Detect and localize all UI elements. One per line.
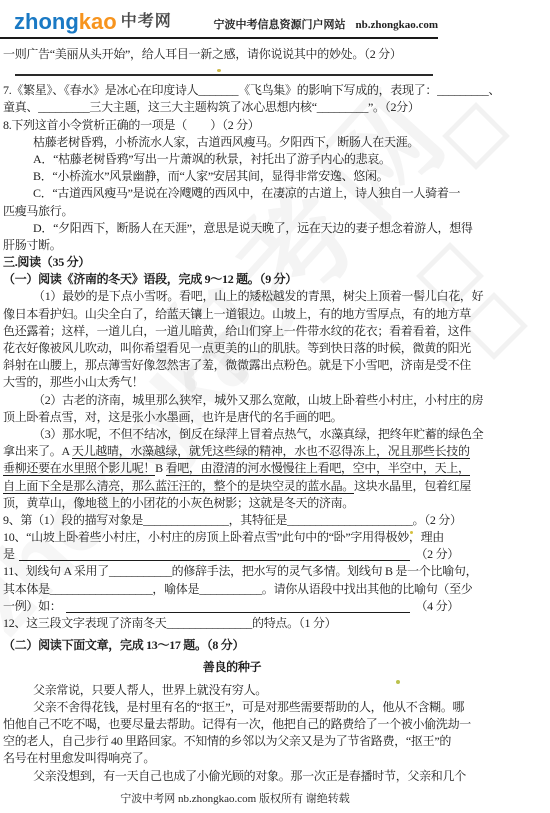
passage-1-line: 大雪的，那些小山太秀气！ (3, 374, 475, 391)
question-7-line-2: 童真、_________三大主题，这三大主题构筑了冰心思想内核“________… (3, 99, 475, 116)
part-2-title: （二）阅读下面文章，完成 13～17 题。（8 分） (3, 637, 475, 654)
question-10-line-1: 10、“山坡上卧着些小村庄，小村庄的房顶上卧着点雪”此句中的“卧”字用得极妙，理… (3, 529, 475, 546)
exam-paper-page: 中考网 zhongkao zhongkao中考网 宁波中考信息资源门户网站nb.… (0, 0, 550, 813)
underlined-sentence-a: 天儿越晴，水藻越绿，就凭这些绿的精神，水也不忍得冻上，况且那些长技的 (72, 444, 470, 459)
underlined-sentence-a-cont: 垂柳还要在水里照个影儿呢！ (3, 461, 155, 476)
question-8-option-c: C．“古道西风瘦马”是说在冷飕飕的西风中，在凄凉的古道上，诗人独自一人骑着一 (3, 185, 475, 202)
answer-blank-line (19, 559, 411, 561)
passage-3-line: 自上面下全是那么清亮，那么蓝汪汪的，整个的是块空灵的蓝水晶。这块水晶里，包着红屋 (3, 478, 475, 495)
zhongkao-logo: zhongkao中考网 (14, 11, 172, 33)
logo-text-cn: 中考网 (121, 14, 172, 30)
essay-title: 善良的种子 (3, 659, 461, 676)
question-11-score: （4 分） (415, 598, 459, 615)
question-7-line-1: 7.《繁星》、《春水》是冰心在印度诗人_______《飞鸟集》的影响下写成的，表… (3, 82, 475, 99)
passage-3-line: 顶，黄草山，像地毯上的小团花的小灰色树影；这就是冬天的济南。 (3, 495, 475, 512)
question-11-line-2: 其本体是__________________，喻体是___________。请你… (3, 581, 475, 598)
site-info-text: 宁波中考信息资源门户网站 (213, 19, 345, 31)
question-9: 9、第（1）段的描写对象是_______________，其特征是_______… (3, 512, 475, 529)
answer-blank-line (66, 611, 411, 613)
passage-2-line: （2）古老的济南，城里那么狭窄，城外又那么宽敞，山坡上卧着些小村庄，小村庄的房 (3, 392, 475, 409)
question-11-prefix: 一例）如： (3, 598, 62, 615)
site-url: nb.zhongkao.com (355, 19, 438, 31)
question-10-score: （2 分） (415, 546, 459, 563)
essay-line: 父亲常说，只要人帮人，世界上就没有穷人。 (3, 682, 475, 699)
question-11-line-3: 一例）如： （4 分） (3, 598, 459, 615)
scan-speck (410, 531, 413, 534)
answer-blank-line (15, 63, 433, 76)
question-8-option-d-cont: 肝肠寸断。 (3, 237, 475, 254)
question-10-line-2: 是 （2 分） (3, 546, 459, 563)
passage-1-line: 色还露着；这样，一道儿白，一道儿暗黄，给山们穿上一件带水纹的花衣；看着看着，这件 (3, 323, 475, 340)
page-footer: 宁波中考网 nb.zhongkao.com 版权所有 谢绝转载 (0, 790, 470, 806)
question-11-line-1: 11、划线句 A 采用了___________的修辞手法，把水写的灵气多情。划线… (3, 563, 475, 580)
part-1-title: （一）阅读《济南的冬天》语段，完成 9～12 题。（9 分） (3, 271, 475, 288)
passage-3-text: 这块水晶里，包着红屋 (354, 479, 471, 493)
intro-line: 一则广告“美丽从头开始”，给人耳目一新之感，请你说说其中的妙处。（2 分） (3, 46, 475, 63)
passage-3-line: （3）那水呢，不但不结冰，倒反在绿萍上冒着点热气，水藻真绿，把终年贮蓄的绿色全 (3, 426, 475, 443)
essay-line: 空的老人，自己步行 40 里路回家。不知情的乡邻以为父亲又是为了节省路费，“抠王… (3, 733, 475, 750)
underlined-sentence-b-cont: 自上面下全是那么清亮，那么蓝汪汪的，整个的是块空灵的蓝水晶。 (3, 479, 354, 494)
passage-1-line: 花衣好像被风儿吹动，叫你希望看见一点更美的山的肌肤。等到快日落的时候，微黄的阳光 (3, 340, 475, 357)
question-8-option-d: D．“夕阳西下，断肠人在天涯”，意思是说天晚了，远在天边的妻子想念着游人，想得 (3, 220, 475, 237)
passage-1-line: 像日本看护妇。山尖全白了，给蓝天镶上一道银边。山坡上，有的地方雪厚点，有的地方草 (3, 306, 475, 323)
passage-3-line: 垂柳还要在水里照个影儿呢！B 看吧，由澄清的河水慢慢往上看吧，空中，半空中，天上… (3, 460, 475, 477)
essay-line: 父亲不舍得花钱，是村里有名的“抠王”，可是对那些需要帮助的人，他从不含糊。哪 (3, 699, 475, 716)
passage-3-text: 拿出来了。A (3, 444, 72, 458)
page-header: zhongkao中考网 宁波中考信息资源门户网站nb.zhongkao.com (0, 11, 438, 39)
section-3-title: 三.阅读（35 分） (3, 254, 475, 271)
question-8-option-c-cont: 匹瘦马旅行。 (3, 203, 475, 220)
passage-1-line: 斜射在山腰上，那点薄雪好像忽然害了羞，微微露出点粉色。就是下小雪吧，济南是受不住 (3, 357, 475, 374)
logo-text-kao: kao (79, 11, 117, 33)
question-10-prefix: 是 (3, 546, 15, 563)
question-12: 12、这三段文字表现了济南冬天_______________的特点。（1 分） (3, 615, 475, 632)
site-info: 宁波中考信息资源门户网站nb.zhongkao.com (213, 16, 438, 33)
question-8-stem: 8.下列这首小令赏析正确的一项是（ ）（2 分） (3, 117, 475, 134)
underlined-sentence-b: 看吧，由澄清的河水慢慢往上看吧，空中，半空中，天上， (166, 461, 470, 476)
logo-text-zhong: zhong (14, 11, 79, 33)
passage-3-text: B (155, 461, 165, 475)
essay-line: 父亲没想到，有一天自己也成了小偷光顾的对象。那一次正是春播时节，父亲和几个 (3, 768, 475, 785)
essay-line: 名号在村里愈发叫得响亮了。 (3, 750, 475, 767)
question-8-option-a: A．“枯藤老树昏鸦”写出一片萧飒的秋景，衬托出了游子内心的悲哀。 (3, 151, 475, 168)
passage-3-line: 拿出来了。A 天儿越晴，水藻越绿，就凭这些绿的精神，水也不忍得冻上，况且那些长技… (3, 443, 475, 460)
document-content: 一则广告“美丽从头开始”，给人耳目一新之感，请你说说其中的妙处。（2 分） 7.… (3, 46, 475, 785)
passage-1-line: （1）最妙的是下点小雪呀。看吧，山上的矮松越发的青黑，树尖上顶着一髻儿白花，好 (3, 288, 475, 305)
scan-speck (217, 69, 221, 72)
scan-speck (396, 680, 400, 684)
passage-2-line: 顶上卧着点雪，对，这是张小水墨画，也许是唐代的名手画的吧。 (3, 409, 475, 426)
question-8-poem: 枯藤老树昏鸦，小桥流水人家，古道西风瘦马。夕阳西下，断肠人在天涯。 (3, 134, 475, 151)
essay-line: 怕他自己不吃不喝，也要尽量去帮助。记得有一次，他把自己的路费给了一个被小偷洗劫一 (3, 716, 475, 733)
question-8-option-b: B．“小桥流水”风景幽静，而“人家”安居其间，显得非常安逸、悠闲。 (3, 168, 475, 185)
